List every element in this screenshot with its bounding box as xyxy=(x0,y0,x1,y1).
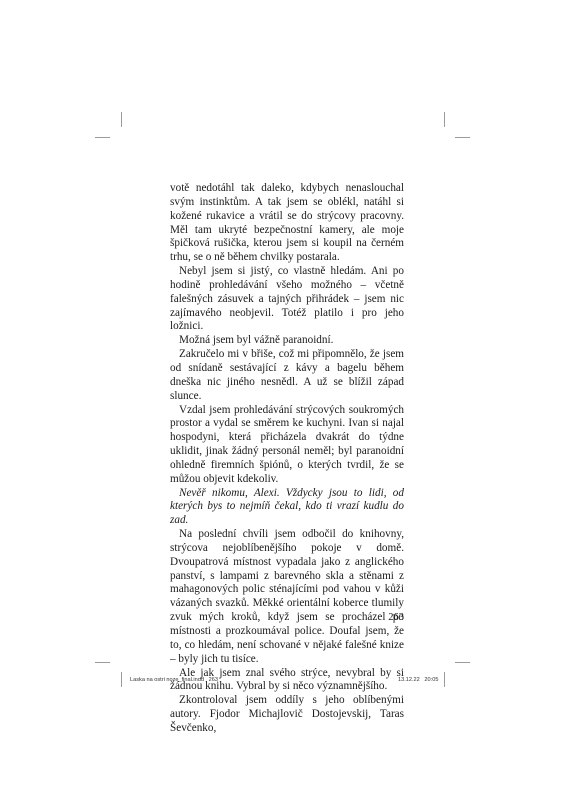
crop-mark-bottom-right-vertical xyxy=(444,672,445,687)
slug-date: 13.12.22 20:05 xyxy=(398,677,438,683)
crop-mark-top-left-horizontal xyxy=(95,137,110,138)
crop-mark-bottom-left-vertical xyxy=(121,672,122,687)
paragraph: Nebyl jsem si jistý, co vlastně hledám. … xyxy=(170,265,404,334)
crop-mark-top-left-vertical xyxy=(121,112,122,127)
crop-mark-top-right-horizontal xyxy=(455,137,470,138)
paragraph: Na poslední chvíli jsem odbočil do kniho… xyxy=(170,528,404,666)
italic-paragraph: Nevěř nikomu, Alexi. Vždycky jsou to lid… xyxy=(170,487,404,529)
body-text: votě nedotáhl tak daleko, kdybych nenasl… xyxy=(170,182,404,736)
paragraph: Zkontroloval jsem oddíly s jeho oblíbený… xyxy=(170,694,404,736)
paragraph: Vzdal jsem prohledávání strýcových soukr… xyxy=(170,404,404,487)
crop-mark-top-right-vertical xyxy=(444,112,445,127)
crop-mark-bottom-right-horizontal xyxy=(455,662,470,663)
paragraph: Zakručelo mi v břiše, což mi připomnělo,… xyxy=(170,348,404,403)
page-number: 263 xyxy=(383,612,404,623)
slug-filename: Laska na ostri noze_final.indd 263 xyxy=(130,677,218,683)
crop-mark-bottom-left-horizontal xyxy=(95,662,110,663)
paragraph: votě nedotáhl tak daleko, kdybych nenasl… xyxy=(170,182,404,265)
paragraph: Možná jsem byl vážně paranoidní. xyxy=(170,334,404,348)
